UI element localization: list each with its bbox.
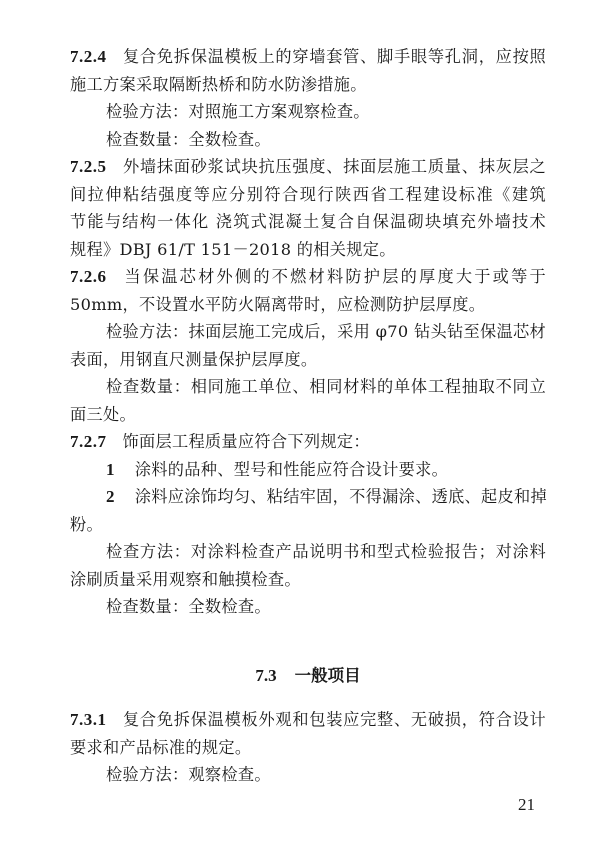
clause-7-2-7-method-line1: 检查方法：对涂料检查产品说明书和型式检验报告；对涂料 — [70, 538, 546, 566]
clause-7-2-6-line1: 7.2.6当保温芯材外侧的不燃材料防护层的厚度大于或等于 — [70, 263, 546, 291]
clause-7-2-4-quantity: 检查数量：全数检查。 — [70, 126, 546, 154]
item-number: 2 — [106, 487, 115, 506]
clause-7-2-6-line2: 50mm，不设置水平防火隔离带时，应检测防护层厚度。 — [70, 291, 546, 319]
document-page: 7.2.4复合免拆保温模板上的穿墙套管、脚手眼等孔洞，应按照 施工方案采取隔断热… — [70, 43, 546, 621]
clause-7-2-7-item-1: 1涂料的品种、型号和性能应符合设计要求。 — [70, 456, 546, 484]
clause-number: 7.2.7 — [70, 432, 107, 451]
clause-7-2-7-line1: 7.2.7饰面层工程质量应符合下列规定： — [70, 428, 546, 456]
clause-7-2-4-line2: 施工方案采取隔断热桥和防水防渗措施。 — [70, 71, 546, 99]
clause-7-2-4-method: 检验方法：对照施工方案观察检查。 — [70, 98, 546, 126]
clause-number: 7.2.5 — [70, 157, 107, 176]
section-number: 7.3 — [255, 666, 276, 685]
clause-7-3-1: 7.3.1复合免拆保温模板外观和包装应完整、无破损，符合设计 要求和产品标准的规… — [70, 706, 546, 789]
item-number: 1 — [106, 460, 115, 479]
page-number: 21 — [518, 795, 535, 815]
clause-7-2-7-quantity: 检查数量：全数检查。 — [70, 593, 546, 621]
clause-7-2-6-quantity-line1: 检查数量：相同施工单位、相同材料的单体工程抽取不同立 — [70, 373, 546, 401]
clause-7-2-5-line1: 7.2.5外墙抹面砂浆试块抗压强度、抹面层施工质量、抹灰层之 — [70, 153, 546, 181]
clause-7-2-5-line2: 间拉伸粘结强度等应分别符合现行陕西省工程建设标准《建筑 — [70, 181, 546, 209]
clause-7-2-5-line4: 规程》DBJ 61/T 151－2018 的相关规定。 — [70, 236, 546, 264]
clause-7-2-7-method-line2: 涂刷质量采用观察和触摸检查。 — [70, 566, 546, 594]
clause-7-3-1-line1: 7.3.1复合免拆保温模板外观和包装应完整、无破损，符合设计 — [70, 706, 546, 734]
clause-7-2-6-method-line1: 检验方法：抹面层施工完成后，采用 φ70 钻头钻至保温芯材 — [70, 318, 546, 346]
clause-7-2-6-quantity-line2: 面三处。 — [70, 401, 546, 429]
section-heading-7-3: 7.3一般项目 — [70, 662, 546, 689]
section-title: 一般项目 — [295, 666, 361, 685]
clause-7-3-1-method: 检验方法：观察检查。 — [70, 761, 546, 789]
clause-7-2-4-line1: 7.2.4复合免拆保温模板上的穿墙套管、脚手眼等孔洞，应按照 — [70, 43, 546, 71]
clause-number: 7.2.6 — [70, 267, 107, 286]
clause-7-2-6-method-line2: 表面，用钢直尺测量保护层厚度。 — [70, 346, 546, 374]
clause-7-2-5-line3: 节能与结构一体化 浇筑式混凝土复合自保温砌块填充外墙技术 — [70, 208, 546, 236]
clause-number: 7.3.1 — [70, 710, 107, 729]
clause-7-2-7-item-2: 2涂料应涂饰均匀、粘结牢固，不得漏涂、透底、起皮和掉 — [70, 483, 546, 511]
clause-7-2-7-item-2-cont: 粉。 — [70, 511, 546, 539]
clause-number: 7.2.4 — [70, 47, 107, 66]
clause-7-3-1-line2: 要求和产品标准的规定。 — [70, 734, 546, 762]
